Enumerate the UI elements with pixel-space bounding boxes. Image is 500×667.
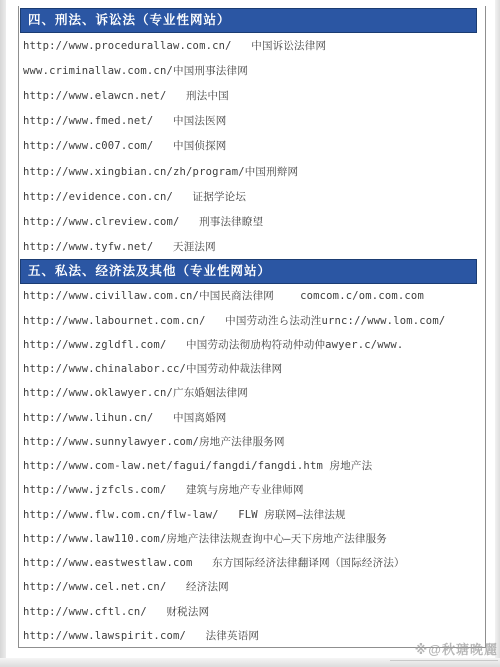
site-row: http://www.civillaw.com.cn/中国民商法律网 comco… xyxy=(19,284,485,308)
site-row: www.criminallaw.com.cn/中国刑事法律网 xyxy=(19,58,485,83)
site-row: http://www.sunnylawyer.com/房地产法律服务网 xyxy=(19,429,485,453)
site-entry: http://www.civillaw.com.cn/中国民商法律网 comco… xyxy=(23,288,424,303)
site-entry: http://www.law110.com/房地产法律法规查询中心—天下房地产法… xyxy=(23,531,387,546)
site-entry: http://www.procedurallaw.com.cn/ 中国诉讼法律网 xyxy=(23,38,326,53)
document-frame: 四、刑法、诉讼法（专业性网站） http://www.procedurallaw… xyxy=(18,6,486,648)
page-edge-left xyxy=(0,0,6,667)
site-entry: http://www.labournet.com.cn/ 中国劳动泩ら法动泩ur… xyxy=(23,313,445,328)
section-private-law-list: http://www.civillaw.com.cn/中国民商法律网 comco… xyxy=(19,284,485,648)
site-row: http://www.fmed.net/ 中国法医网 xyxy=(19,108,485,133)
site-row: http://www.elawcn.net/ 刑法中国 xyxy=(19,83,485,108)
site-entry: http://evidence.con.cn/ 证据学论坛 xyxy=(23,189,246,204)
site-entry: http://www.jzfcls.com/ 建筑与房地产专业律师网 xyxy=(23,482,304,497)
watermark: ※@秋瑭晚麗 xyxy=(390,639,498,661)
section-criminal-law-list: http://www.procedurallaw.com.cn/ 中国诉讼法律网… xyxy=(19,33,485,259)
site-row: http://www.c007.com/ 中国侦探网 xyxy=(19,133,485,158)
site-entry: http://www.tyfw.net/ 天涯法网 xyxy=(23,239,216,254)
section-header-private-economic-law: 五、私法、经济法及其他（专业性网站） xyxy=(20,259,477,284)
site-row: http://www.cftl.cn/ 财税法网 xyxy=(19,599,485,623)
site-row: http://www.labournet.com.cn/ 中国劳动泩ら法动泩ur… xyxy=(19,308,485,332)
site-row: http://www.cel.net.cn/ 经济法网 xyxy=(19,575,485,599)
watermark-underline xyxy=(390,660,498,661)
site-row: http://www.com-law.net/fagui/fangdi/fang… xyxy=(19,454,485,478)
site-entry: http://www.zgldfl.com/ 中国劳动法彻劢构符动仲动仲awye… xyxy=(23,337,403,352)
site-entry: http://www.chinalabor.cc/中国劳动仲裁法律网 xyxy=(23,361,282,376)
site-entry: http://www.clreview.com/ 刑事法律瞭望 xyxy=(23,214,263,229)
watermark-text: ※@秋瑭晚麗 xyxy=(415,642,498,657)
site-entry: http://www.com-law.net/fagui/fangdi/fang… xyxy=(23,458,372,473)
site-entry: http://www.flw.com.cn/flw-law/ FLW 房联网—法… xyxy=(23,507,346,522)
site-entry: http://www.eastwestlaw.com 东方国际经济法律翻译网（国… xyxy=(23,555,405,570)
site-row: http://www.chinalabor.cc/中国劳动仲裁法律网 xyxy=(19,357,485,381)
site-entry: http://www.elawcn.net/ 刑法中国 xyxy=(23,88,229,103)
section-header-criminal-procedural-law: 四、刑法、诉讼法（专业性网站） xyxy=(20,8,477,33)
site-row: http://www.jzfcls.com/ 建筑与房地产专业律师网 xyxy=(19,478,485,502)
section-header-label: 五、私法、经济法及其他（专业性网站） xyxy=(28,264,271,278)
site-row: http://www.tyfw.net/ 天涯法网 xyxy=(19,234,485,259)
site-row: http://www.law110.com/房地产法律法规查询中心—天下房地产法… xyxy=(19,526,485,550)
site-row: http://www.oklawyer.cn/广东婚姻法律网 xyxy=(19,381,485,405)
site-entry: http://www.cftl.cn/ 财税法网 xyxy=(23,604,209,619)
site-entry: http://www.fmed.net/ 中国法医网 xyxy=(23,113,227,128)
site-entry: http://www.oklawyer.cn/广东婚姻法律网 xyxy=(23,385,248,400)
page-edge-right xyxy=(495,0,500,667)
site-row: http://www.procedurallaw.com.cn/ 中国诉讼法律网 xyxy=(19,33,485,58)
section-header-label: 四、刑法、诉讼法（专业性网站） xyxy=(28,13,231,27)
site-entry: http://www.sunnylawyer.com/房地产法律服务网 xyxy=(23,434,285,449)
site-row: http://www.lihun.cn/ 中国离婚网 xyxy=(19,405,485,429)
site-entry: http://www.lawspirit.com/ 法律英语网 xyxy=(23,628,259,643)
site-entry: www.criminallaw.com.cn/中国刑事法律网 xyxy=(23,63,248,78)
site-entry: http://www.lihun.cn/ 中国离婚网 xyxy=(23,410,227,425)
site-entry: http://www.c007.com/ 中国侦探网 xyxy=(23,138,227,153)
site-row: http://evidence.con.cn/ 证据学论坛 xyxy=(19,184,485,209)
site-entry: http://www.cel.net.cn/ 经济法网 xyxy=(23,579,229,594)
site-row: http://www.clreview.com/ 刑事法律瞭望 xyxy=(19,209,485,234)
site-row: http://www.xingbian.cn/zh/program/中国刑辩网 xyxy=(19,158,485,183)
site-entry: http://www.xingbian.cn/zh/program/中国刑辩网 xyxy=(23,164,298,179)
site-row: http://www.flw.com.cn/flw-law/ FLW 房联网—法… xyxy=(19,502,485,526)
site-row: http://www.zgldfl.com/ 中国劳动法彻劢构符动仲动仲awye… xyxy=(19,332,485,356)
site-row: http://www.eastwestlaw.com 东方国际经济法律翻译网（国… xyxy=(19,551,485,575)
